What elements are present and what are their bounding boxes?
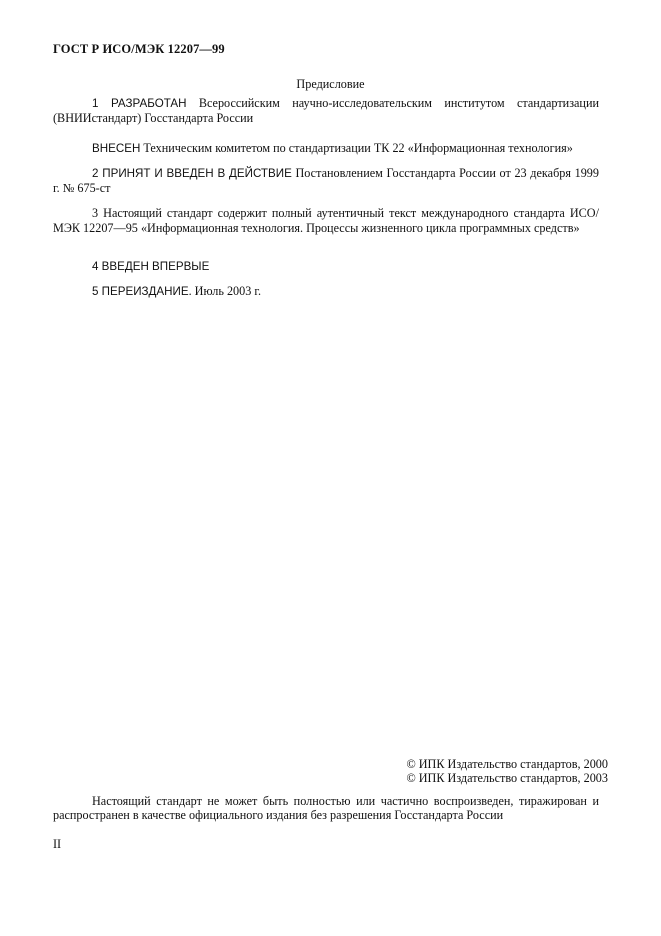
paragraph-introduced-by: ВНЕСЕН Техническим комитетом по стандарт… — [53, 141, 599, 156]
paragraph-first-introduced: 4 ВВЕДЕН ВПЕРВЫЕ — [53, 259, 599, 274]
paragraph-lead: 5 ПЕРЕИЗДАНИЕ — [92, 285, 189, 298]
paragraph-text: 3 Настоящий стандарт содержит полный аут… — [53, 206, 599, 235]
page-title: Предисловие — [0, 77, 661, 91]
paragraph-text: Техническим комитетом по стандартизации … — [140, 141, 572, 155]
paragraph-reissue: 5 ПЕРЕИЗДАНИЕ. Июль 2003 г. — [53, 284, 599, 299]
copyright-line: © ИПК Издательство стандартов, 2003 — [406, 771, 608, 785]
copyright-line: © ИПК Издательство стандартов, 2000 — [406, 757, 608, 771]
page-number: II — [53, 837, 61, 851]
paragraph-adopted: 2 ПРИНЯТ И ВВЕДЕН В ДЕЙСТВИЕ Постановлен… — [53, 166, 599, 195]
paragraph-developed-by: 1 РАЗРАБОТАН Всероссийским научно-исслед… — [53, 96, 599, 125]
paragraph-text: . Июль 2003 г. — [189, 284, 261, 298]
paragraph-lead: 1 РАЗРАБОТАН — [92, 97, 187, 110]
paragraph-lead: ВНЕСЕН — [92, 142, 140, 155]
copyright-block: © ИПК Издательство стандартов, 2000 © ИП… — [406, 757, 608, 785]
standard-designation-header: ГОСТ Р ИСО/МЭК 12207—99 — [53, 42, 225, 56]
paragraph-content-note: 3 Настоящий стандарт содержит полный аут… — [53, 206, 599, 235]
reproduction-notice: Настоящий стандарт не может быть полност… — [53, 794, 599, 822]
paragraph-lead: 2 ПРИНЯТ И ВВЕДЕН В ДЕЙСТВИЕ — [92, 167, 292, 180]
paragraph-lead: 4 ВВЕДЕН ВПЕРВЫЕ — [92, 260, 209, 273]
